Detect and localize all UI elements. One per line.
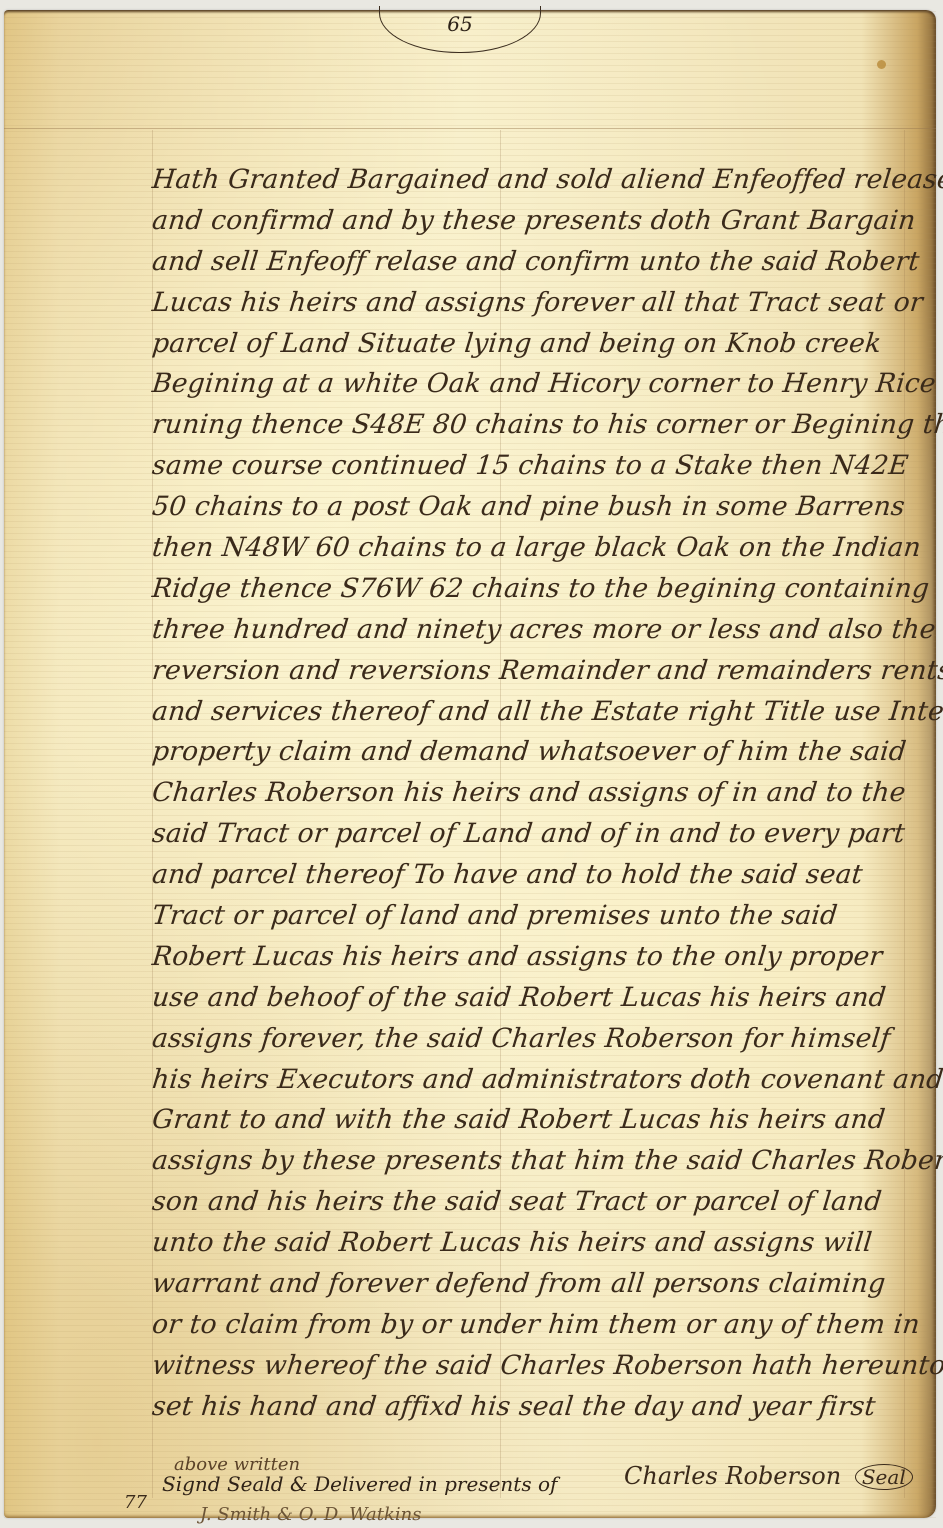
deed-line: use and behoof of the said Robert Lucas … bbox=[150, 978, 943, 1019]
deed-line: three hundred and ninety acres more or l… bbox=[150, 610, 943, 651]
deed-line: warrant and forever defend from all pers… bbox=[150, 1264, 943, 1305]
deed-line: said Tract or parcel of Land and of in a… bbox=[150, 814, 943, 855]
deed-line: same course continued 15 chains to a Sta… bbox=[150, 446, 943, 487]
deed-line: property claim and demand whatsoever of … bbox=[150, 732, 943, 773]
witness-names: J. Smith & O. D. Watkins bbox=[200, 1504, 421, 1525]
grantor-signature: Charles Roberson Seal bbox=[624, 1462, 913, 1490]
page-number-text: 65 bbox=[447, 12, 472, 36]
deed-line: runing thence S48E 80 chains to his corn… bbox=[150, 405, 943, 446]
deed-line: and services thereof and all the Estate … bbox=[150, 692, 943, 733]
deed-line: and sell Enfeoff relase and confirm unto… bbox=[150, 242, 943, 283]
deed-line: then N48W 60 chains to a large black Oak… bbox=[150, 528, 943, 569]
deed-line: Hath Granted Bargained and sold aliend E… bbox=[150, 160, 943, 201]
deed-body-text: Hath Granted Bargained and sold aliend E… bbox=[150, 160, 940, 1428]
deed-line: his heirs Executors and administrators d… bbox=[150, 1060, 943, 1101]
deed-line: Robert Lucas his heirs and assigns to th… bbox=[150, 937, 943, 978]
deed-line: Tract or parcel of land and premises unt… bbox=[150, 896, 943, 937]
ink-stain bbox=[877, 60, 886, 69]
deed-line: and confirmd and by these presents doth … bbox=[150, 201, 943, 242]
deed-line: unto the said Robert Lucas his heirs and… bbox=[150, 1223, 943, 1264]
deed-line: assigns by these presents that him the s… bbox=[150, 1141, 943, 1182]
deed-line: 50 chains to a post Oak and pine bush in… bbox=[150, 487, 943, 528]
top-rule-line bbox=[4, 128, 936, 129]
signature-name: Charles Roberson bbox=[624, 1462, 841, 1490]
seal-mark: Seal bbox=[855, 1464, 913, 1490]
deed-line: and parcel thereof To have and to hold t… bbox=[150, 855, 943, 896]
deed-line: parcel of Land Situate lying and being o… bbox=[150, 324, 943, 365]
deed-line: assigns forever, the said Charles Robers… bbox=[150, 1019, 943, 1060]
deed-line: Ridge thence S76W 62 chains to the begin… bbox=[150, 569, 943, 610]
margin-note: 77 bbox=[124, 1492, 147, 1513]
deed-line: Charles Roberson his heirs and assigns o… bbox=[150, 773, 943, 814]
deed-line: witness whereof the said Charles Roberso… bbox=[150, 1346, 943, 1387]
deed-line: Grant to and with the said Robert Lucas … bbox=[150, 1100, 943, 1141]
page-number: 65 bbox=[379, 6, 541, 53]
deed-line: reversion and reversions Remainder and r… bbox=[150, 651, 943, 692]
deed-line: Lucas his heirs and assigns forever all … bbox=[150, 283, 943, 324]
manuscript-page: 65 Hath Granted Bargained and sold alien… bbox=[4, 10, 936, 1518]
deed-line: son and his heirs the said seat Tract or… bbox=[150, 1182, 943, 1223]
deed-line: Begining at a white Oak and Hicory corne… bbox=[150, 364, 943, 405]
deed-line: or to claim from by or under him them or… bbox=[150, 1305, 943, 1346]
attestation-text: Signd Seald & Delivered in presents of bbox=[162, 1472, 557, 1496]
deed-line: set his hand and affixd his seal the day… bbox=[150, 1387, 943, 1428]
